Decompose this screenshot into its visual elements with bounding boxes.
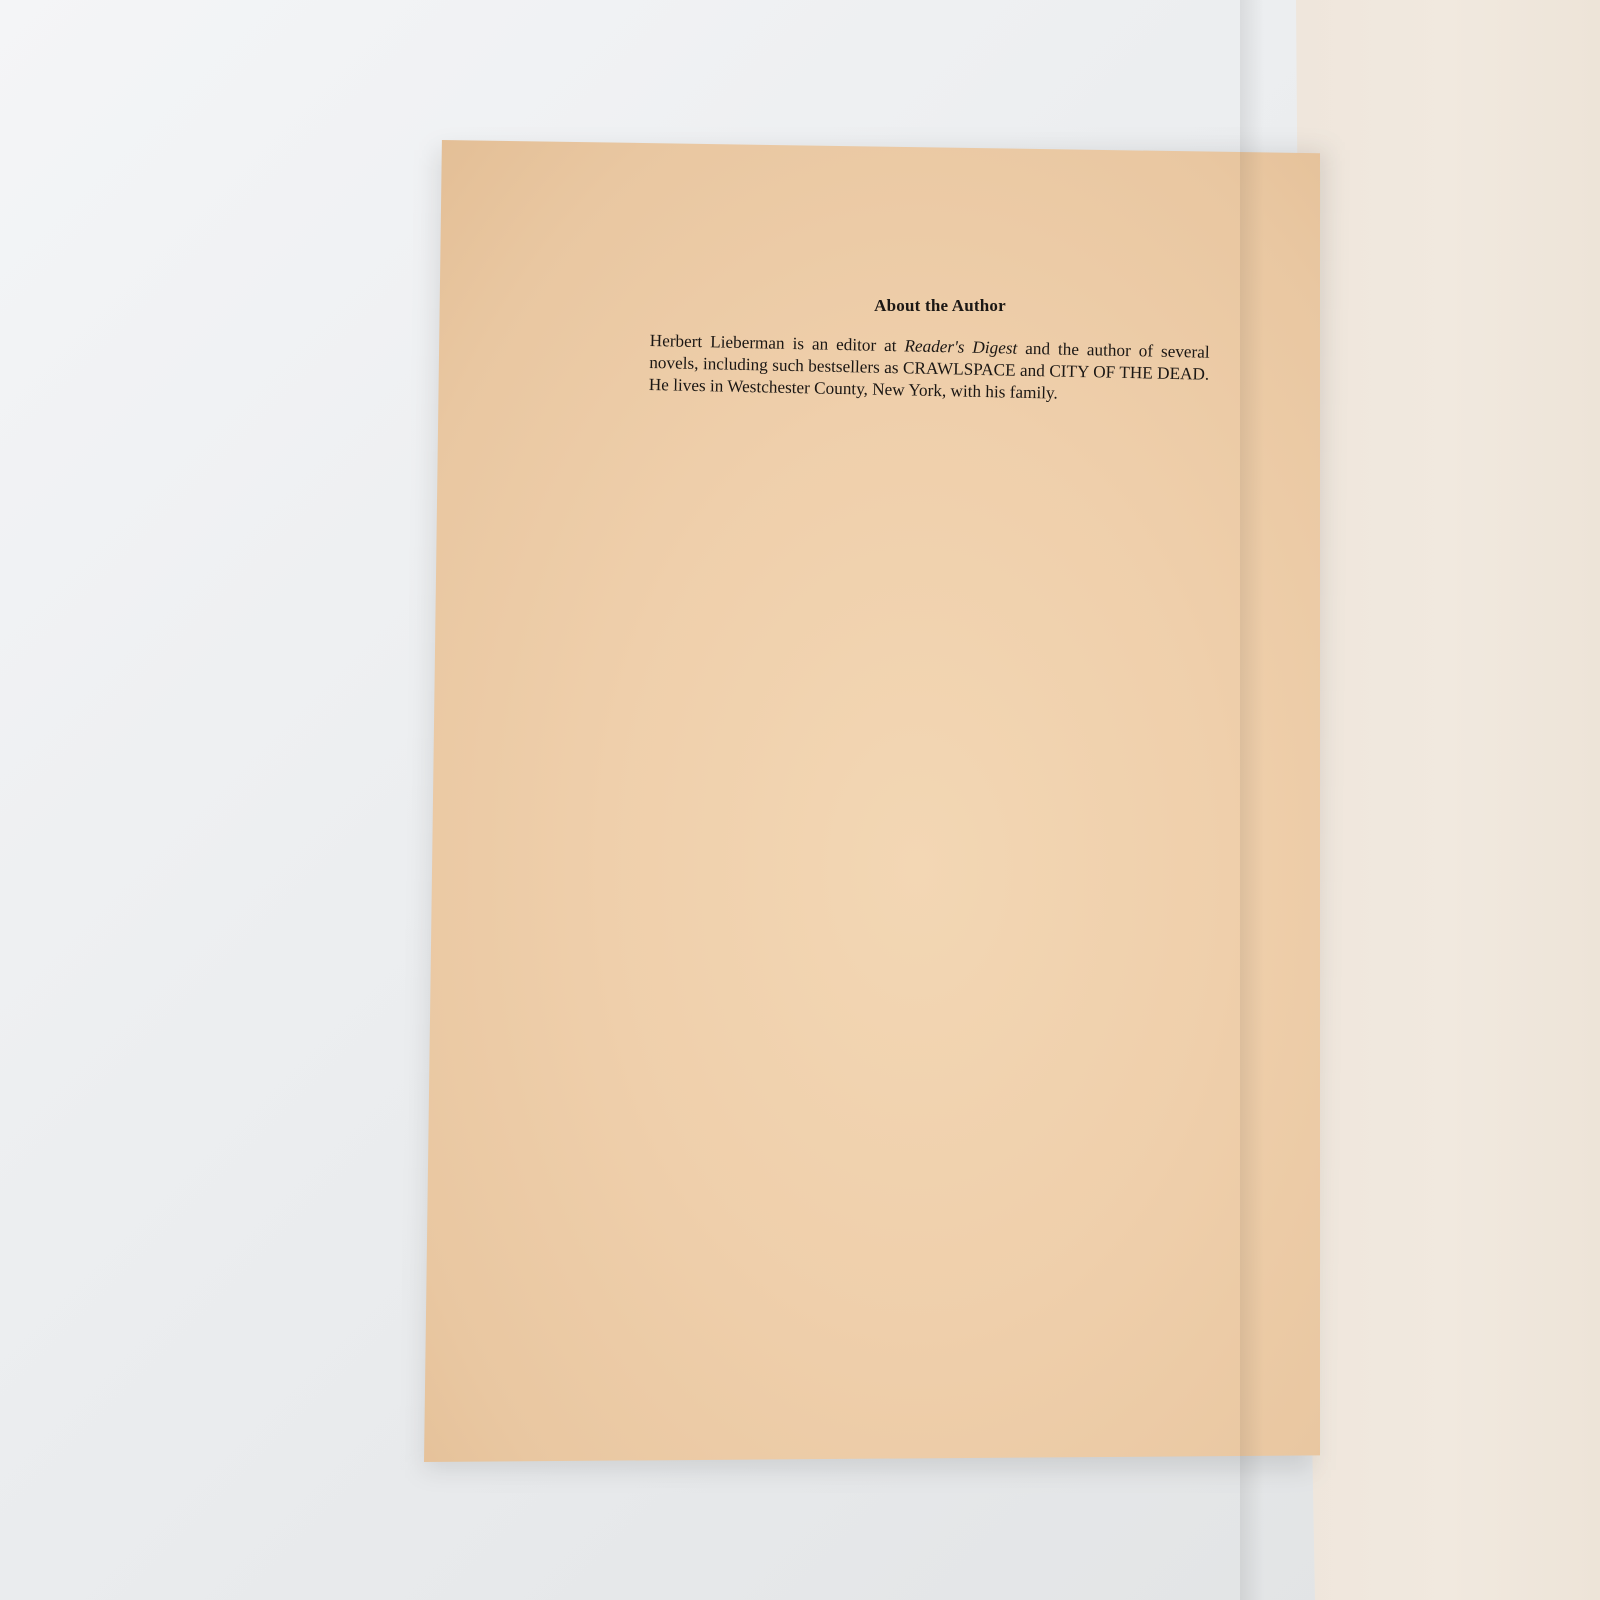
about-author-section: About the Author Herbert Lieberman is an… bbox=[650, 296, 1210, 396]
photo-scene: About the Author Herbert Lieberman is an… bbox=[0, 0, 1600, 1600]
section-heading: About the Author bbox=[670, 296, 1210, 316]
publication-name: Reader's Digest bbox=[904, 336, 1017, 357]
page-gutter-shadow bbox=[1240, 0, 1264, 1600]
bio-text-start: Herbert Lieberman is an editor at bbox=[650, 331, 905, 355]
author-bio: Herbert Lieberman is an editor at Reader… bbox=[649, 330, 1210, 408]
